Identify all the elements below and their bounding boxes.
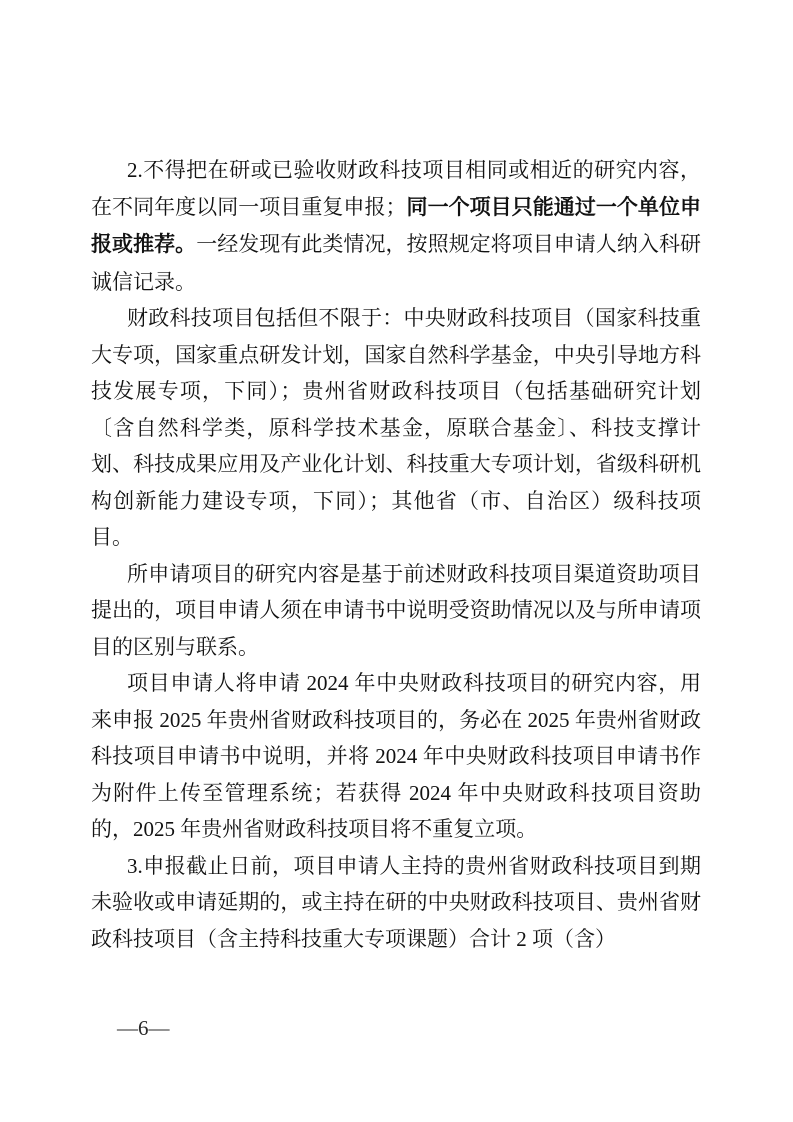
paragraph: 2.不得把在研或已验收财政科技项目相同或相近的研究内容，在不同年度以同一项目重复… bbox=[91, 152, 701, 300]
page-number: —6— bbox=[117, 1015, 170, 1041]
paragraph: 财政科技项目包括但不限于：中央财政科技项目（国家科技重大专项，国家重点研发计划，… bbox=[91, 300, 701, 556]
body-text: 项目申请人将申请 2024 年中央财政科技项目的研究内容，用来申报 2025 年… bbox=[91, 671, 701, 841]
paragraph: 3.申报截止日前，项目申请人主持的贵州省财政科技项目到期未验收或申请延期的，或主… bbox=[91, 848, 701, 958]
document-body: 2.不得把在研或已验收财政科技项目相同或相近的研究内容，在不同年度以同一项目重复… bbox=[91, 152, 701, 957]
paragraph: 所申请项目的研究内容是基于前述财政科技项目渠道资助项目提出的，项目申请人须在申请… bbox=[91, 556, 701, 666]
body-text: 所申请项目的研究内容是基于前述财政科技项目渠道资助项目提出的，项目申请人须在申请… bbox=[91, 562, 701, 659]
body-text: 财政科技项目包括但不限于：中央财政科技项目（国家科技重大专项，国家重点研发计划，… bbox=[91, 306, 701, 549]
paragraph: 项目申请人将申请 2024 年中央财政科技项目的研究内容，用来申报 2025 年… bbox=[91, 665, 701, 848]
body-text: 3.申报截止日前，项目申请人主持的贵州省财政科技项目到期未验收或申请延期的，或主… bbox=[91, 854, 701, 951]
document-page: 2.不得把在研或已验收财政科技项目相同或相近的研究内容，在不同年度以同一项目重复… bbox=[0, 0, 793, 1122]
